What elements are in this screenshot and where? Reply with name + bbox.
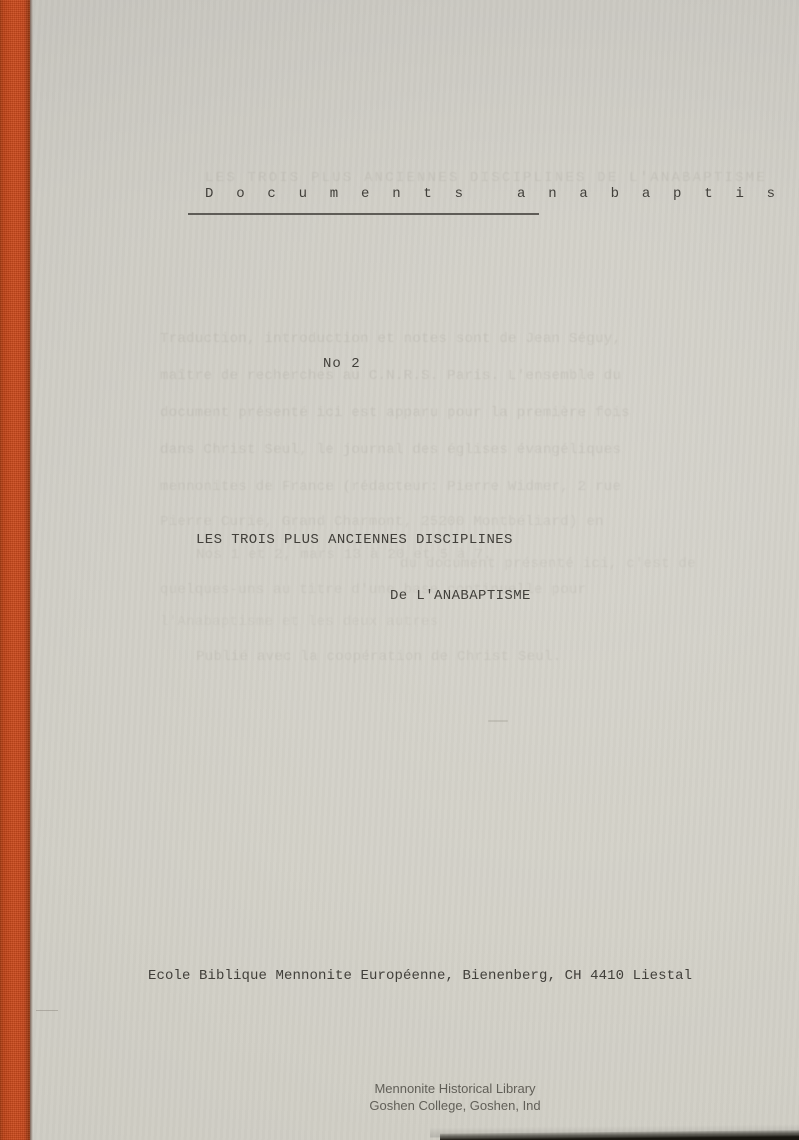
library-stamp-line2: Goshen College, Goshen, Ind — [0, 1097, 799, 1114]
ghost-text-line: LES TROIS PLUS ANCIENNES DISCIPLINES DE … — [205, 170, 767, 186]
ghost-text-line: mennonites de France (rédacteur: Pierre … — [160, 479, 621, 495]
main-title: LES TROIS PLUS ANCIENNES DISCIPLINES — [196, 532, 513, 548]
ghost-text-line: document présenté ici est apparu pour la… — [160, 405, 630, 421]
publisher-line: Ecole Biblique Mennonite Européenne, Bie… — [148, 968, 692, 984]
pencil-mark — [36, 1010, 58, 1011]
faint-dash-mark — [488, 720, 508, 722]
ghost-text-line: l'Anabaptisme et les deux autres — [160, 614, 438, 630]
library-stamp-line1: Mennonite Historical Library — [0, 1080, 799, 1097]
series-title: D o c u m e n t s a n a b a p t i s t e … — [205, 186, 799, 202]
ghost-text-line: du document présenté ici, c'est de — [400, 556, 696, 572]
ghost-text-line: Pierre Curie, Grand Charmont, 25200 Mont… — [160, 514, 604, 530]
issue-number: No 2 — [323, 356, 361, 372]
book-binding-strip — [0, 0, 30, 1140]
library-stamp: Mennonite Historical Library Goshen Coll… — [0, 1080, 799, 1114]
ghost-text-line: dans Christ Seul, le journal des églises… — [160, 442, 621, 458]
subtitle: De L'ANABAPTISME — [390, 588, 531, 604]
title-underline — [188, 213, 539, 215]
ghost-text-line: Publié avec la coopération de Christ Seu… — [196, 649, 561, 665]
binding-shadow-edge — [30, 0, 33, 1140]
ghost-text-line: Traduction, introduction et notes sont d… — [160, 331, 621, 347]
ghost-text-line: maître de recherches au C.N.R.S. Paris. … — [160, 368, 621, 384]
